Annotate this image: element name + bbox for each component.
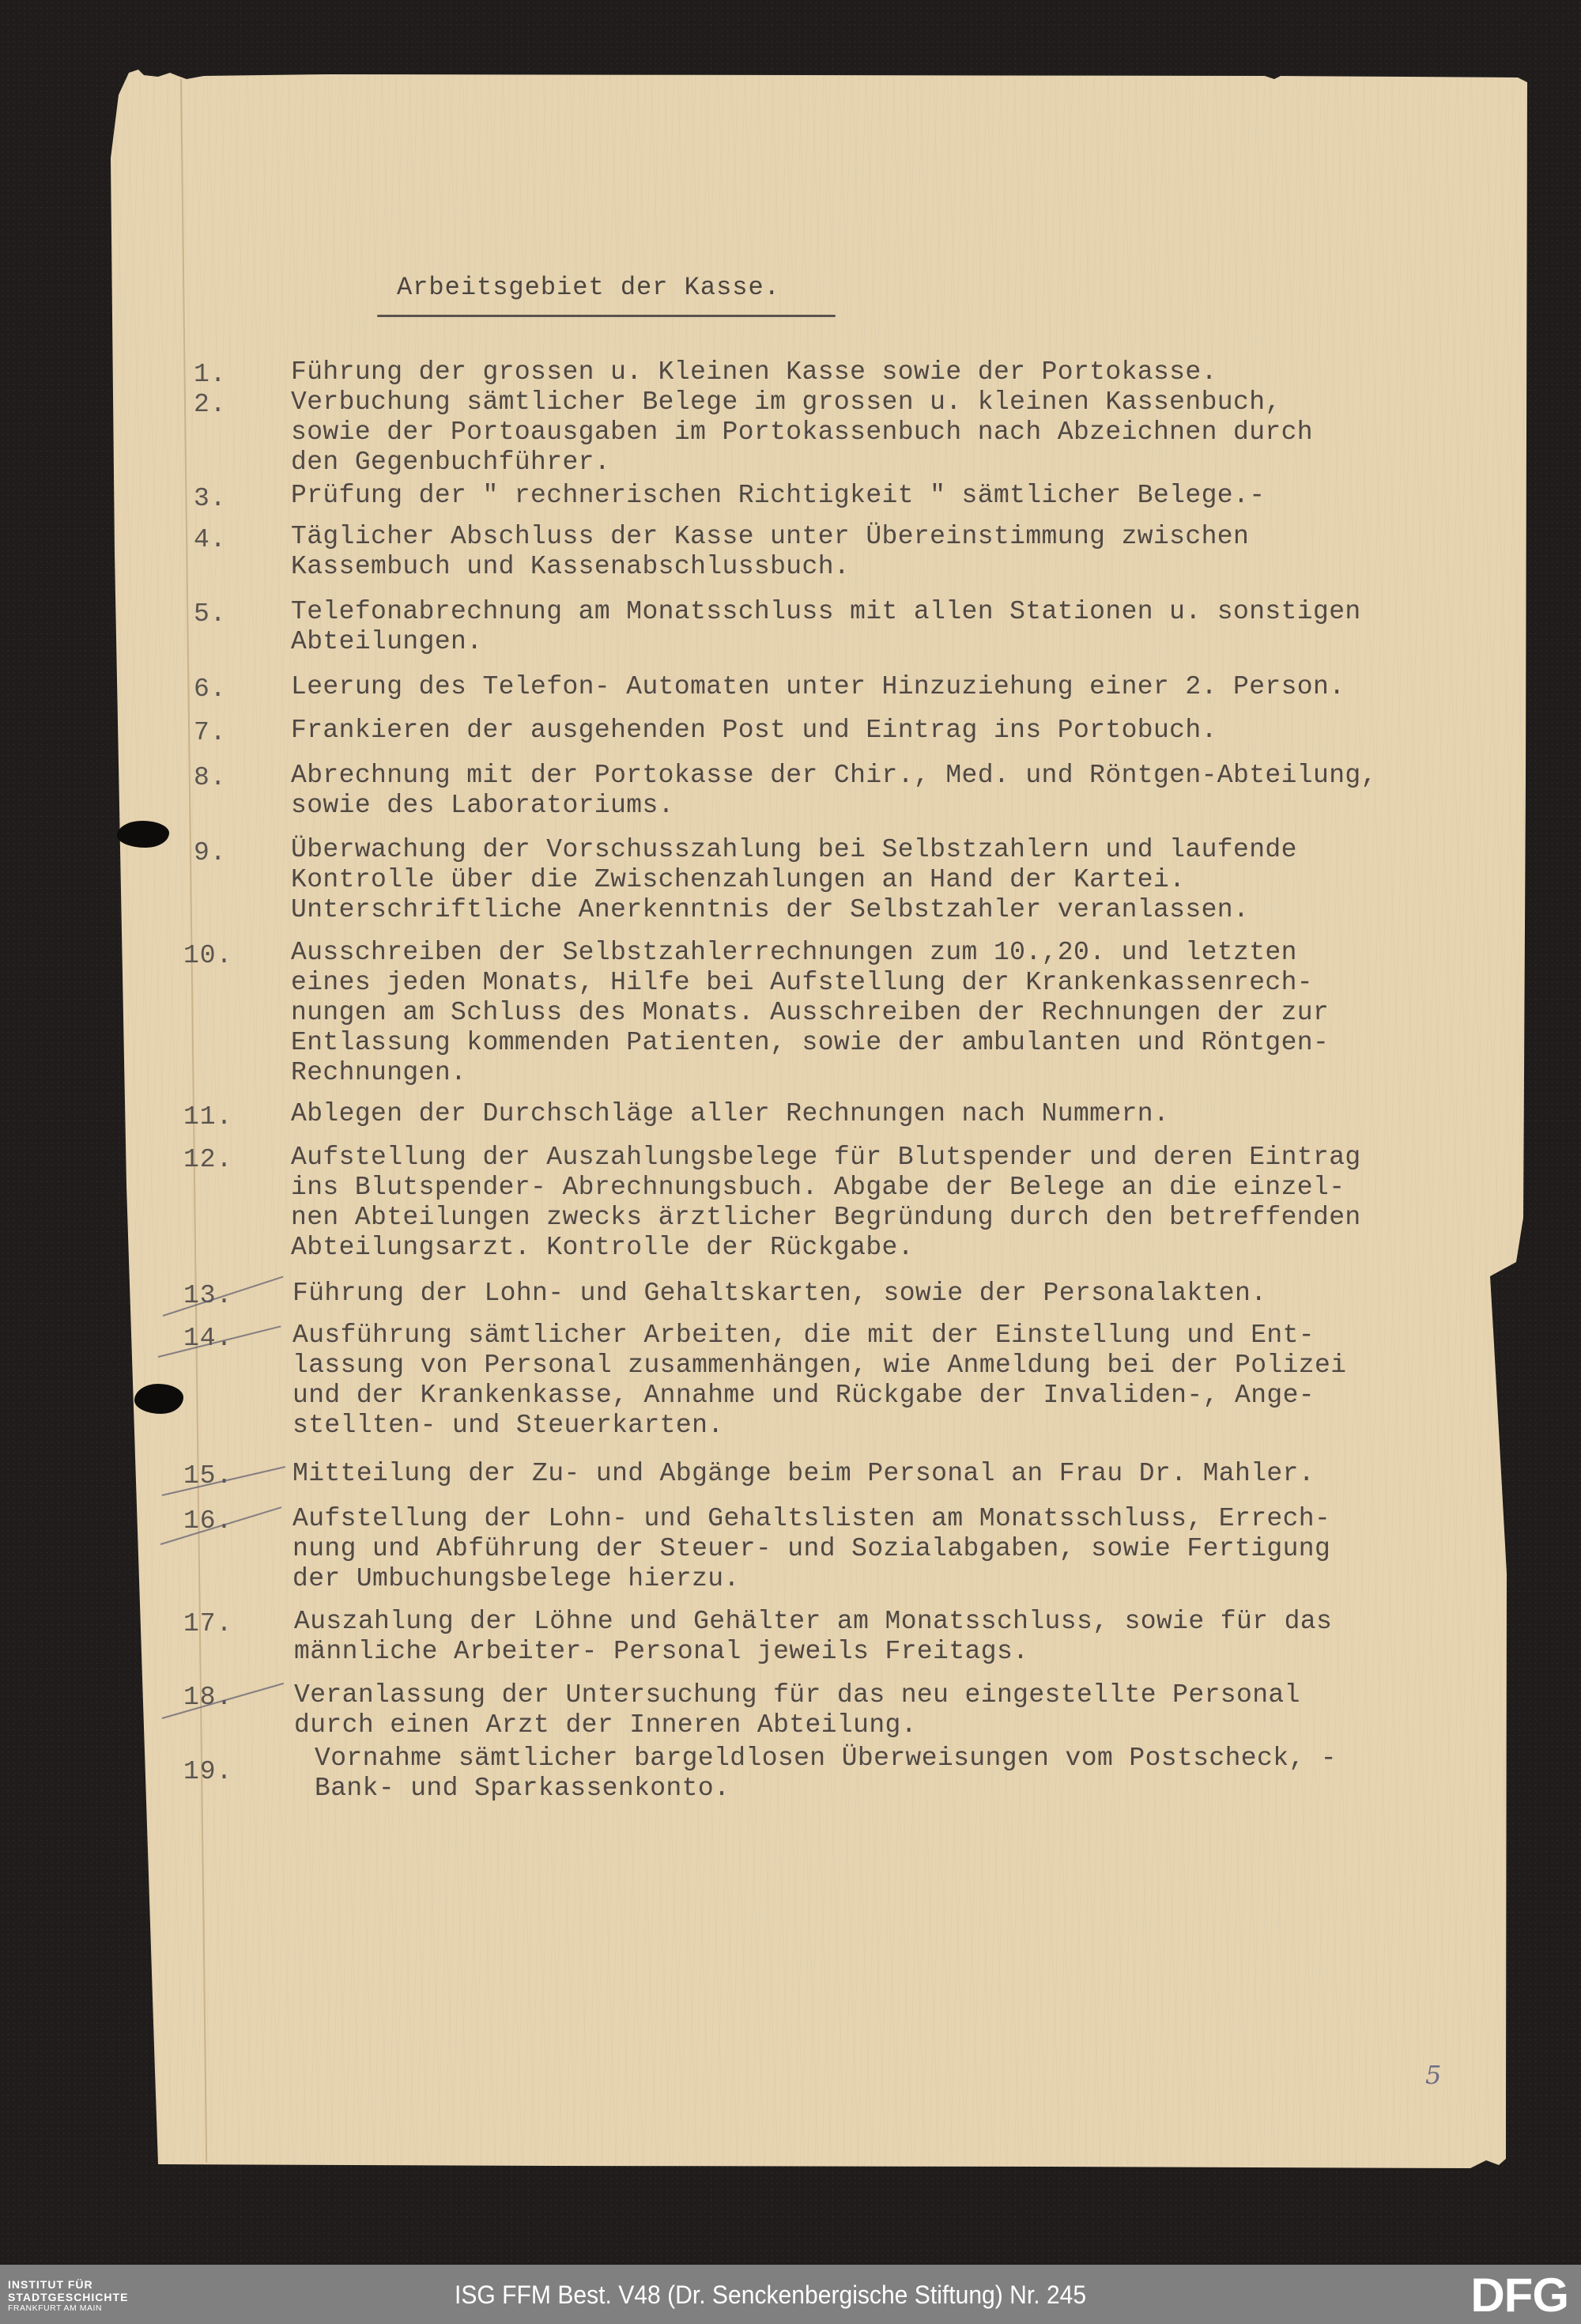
item-number: 15. [183, 1461, 232, 1491]
item-text: Frankieren der ausgehenden Post und Eint… [291, 716, 1217, 746]
item-text: Veranlassung der Untersuchung für das ne… [294, 1680, 1300, 1740]
item-text: Ausführung sämtlicher Arbeiten, die mit … [292, 1321, 1346, 1441]
item-text: Telefonabrechnung am Monatsschluss mit a… [291, 597, 1361, 657]
item-number: 7. [194, 718, 227, 747]
item-number: 3. [194, 484, 227, 513]
item-text: Leerung des Telefon- Automaten unter Hin… [291, 672, 1345, 702]
item-number: 9. [194, 838, 227, 867]
item-text: Vornahme sämtlicher bargeldlosen Überwei… [315, 1744, 1337, 1804]
item-text: Ausschreiben der Selbstzahlerrechnungen … [291, 938, 1329, 1088]
item-text: Verbuchung sämtlicher Belege im grossen … [291, 387, 1313, 478]
dfg-logo: DFG [1470, 2273, 1568, 2318]
item-text: Täglicher Abschluss der Kasse unter Über… [291, 522, 1249, 582]
institute-name-line1: INSTITUT FÜR [8, 2279, 128, 2290]
item-text: Ablegen der Durchschläge aller Rechnunge… [291, 1099, 1169, 1129]
title-underline [377, 315, 836, 317]
archive-footer-bar: INSTITUT FÜR STADTGESCHICHTE FRANKFURT A… [0, 2265, 1581, 2324]
item-number: 16. [183, 1506, 232, 1536]
item-number: 8. [194, 763, 227, 792]
item-number: 17. [183, 1609, 232, 1638]
item-text: Abrechnung mit der Portokasse der Chir.,… [291, 761, 1377, 821]
item-text: Führung der Lohn- und Gehaltskarten, sow… [292, 1279, 1266, 1309]
item-number: 18. [183, 1683, 232, 1712]
page-number-annotation: 5 [1425, 2060, 1441, 2090]
archive-reference-caption: ISG FFM Best. V48 (Dr. Senckenbergische … [455, 2281, 1086, 2310]
item-text: Überwachung der Vorschusszahlung bei Sel… [291, 835, 1297, 925]
item-number: 1. [194, 360, 227, 389]
item-text: Führung der grossen u. Kleinen Kasse sow… [291, 357, 1217, 387]
item-text: Prüfung der " rechnerischen Richtigkeit … [291, 481, 1265, 511]
item-number: 6. [194, 675, 227, 704]
item-number: 10. [183, 941, 232, 970]
document-page: Arbeitsgebiet der Kasse. 1. Führung der … [0, 0, 1581, 2254]
item-number: 11. [183, 1102, 232, 1132]
punch-hole [134, 1384, 183, 1414]
institute-location: FRANKFURT AM MAIN [8, 2304, 128, 2313]
item-text: Aufstellung der Lohn- und Gehaltslisten … [292, 1504, 1330, 1594]
institute-logo: INSTITUT FÜR STADTGESCHICHTE FRANKFURT A… [8, 2279, 128, 2313]
item-number: 2. [194, 390, 227, 419]
item-text: Auszahlung der Löhne und Gehälter am Mon… [294, 1607, 1332, 1667]
item-number: 19. [183, 1757, 232, 1786]
item-text: Mitteilung der Zu- und Abgänge beim Pers… [292, 1459, 1315, 1489]
item-number: 5. [194, 599, 227, 629]
institute-name-line2: STADTGESCHICHTE [8, 2292, 128, 2303]
item-text: Aufstellung der Auszahlungsbelege für Bl… [291, 1143, 1361, 1263]
item-number: 4. [194, 525, 227, 554]
punch-hole [117, 821, 169, 848]
item-number: 12. [183, 1145, 232, 1174]
document-title: Arbeitsgebiet der Kasse. [397, 273, 780, 302]
